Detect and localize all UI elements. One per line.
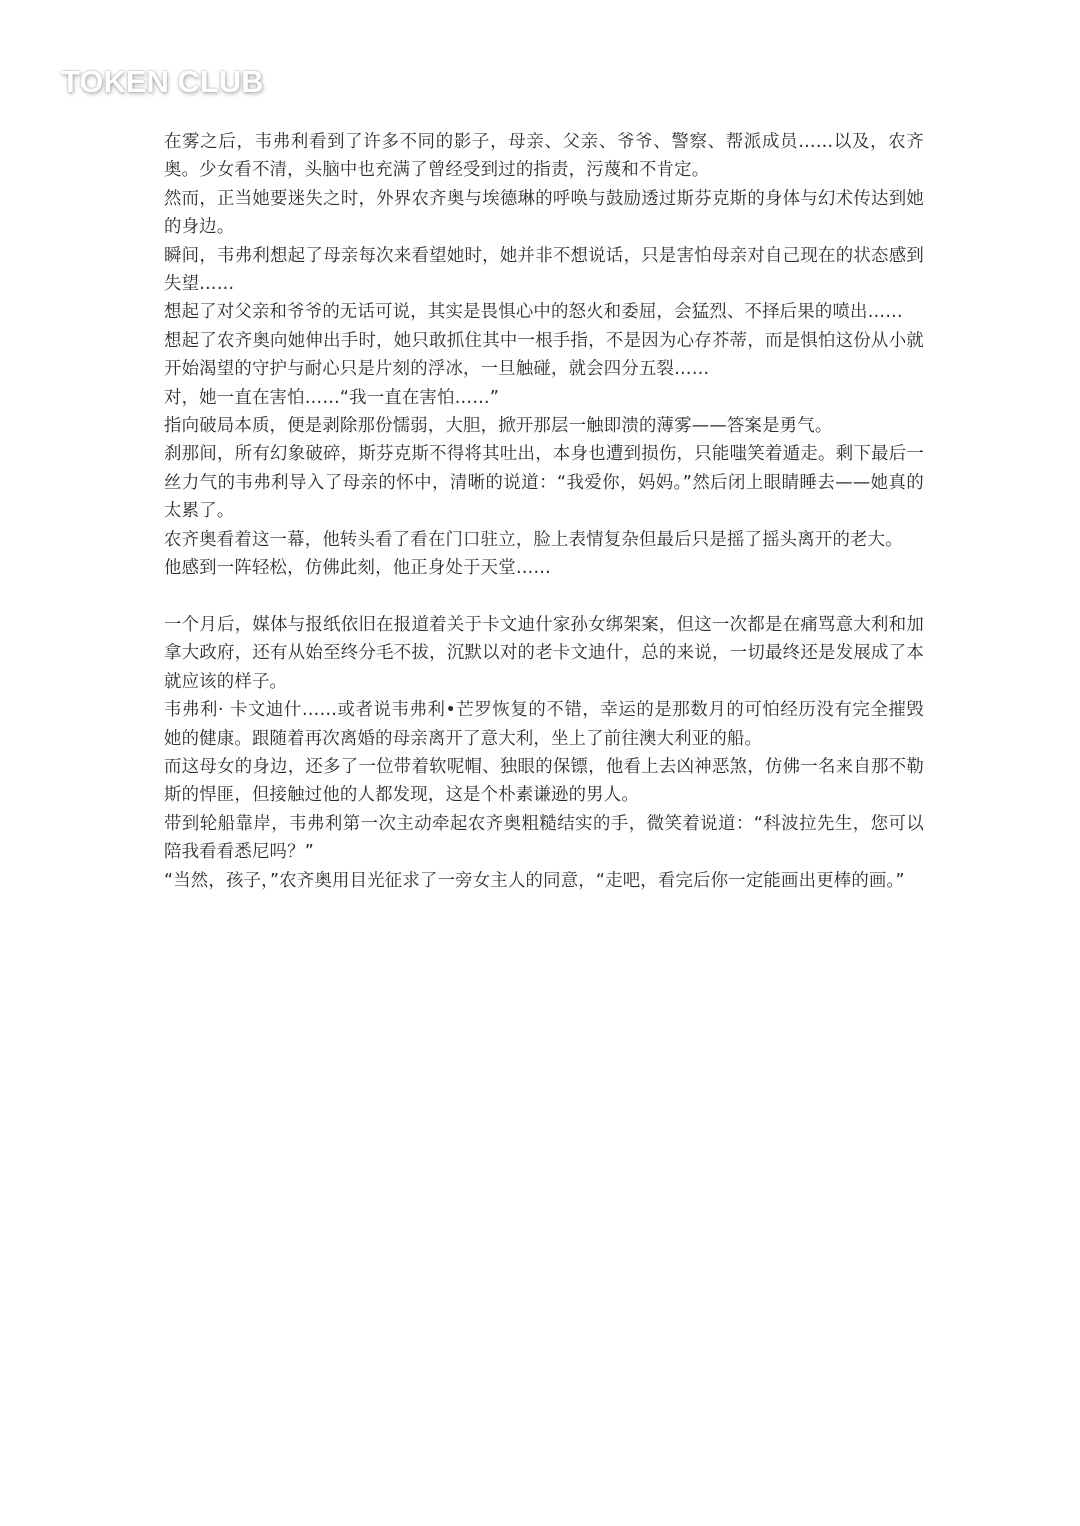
paragraph: 然而，正当她要迷失之时，外界农齐奥与埃德琳的呼唤与鼓励透过斯芬克斯的身体与幻术传… — [164, 185, 924, 242]
paragraph: 想起了对父亲和爷爷的无话可说，其实是畏惧心中的怒火和委屈，会猛烈、不择后果的喷出… — [164, 298, 924, 326]
paragraph: 在雾之后，韦弗利看到了许多不同的影子，母亲、父亲、爷爷、警察、帮派成员……以及，… — [164, 128, 924, 185]
paragraph: 想起了农齐奥向她伸出手时，她只敢抓住其中一根手指，不是因为心存芥蒂，而是惧怕这份… — [164, 327, 924, 384]
paragraph: 他感到一阵轻松，仿佛此刻，他正身处于天堂…… — [164, 554, 924, 582]
paragraph: 一个月后，媒体与报纸依旧在报道着关于卡文迪什家孙女绑架案，但这一次都是在痛骂意大… — [164, 611, 924, 696]
paragraph: 对，她一直在害怕……“我一直在害怕……” — [164, 384, 924, 412]
document-body: 在雾之后，韦弗利看到了许多不同的影子，母亲、父亲、爷爷、警察、帮派成员……以及，… — [164, 128, 924, 895]
paragraph: 韦弗利· 卡文迪什……或者说韦弗利•芒罗恢复的不错，幸运的是那数月的可怕经历没有… — [164, 696, 924, 753]
watermark-logo: TOKEN CLUB — [61, 66, 264, 97]
paragraph: 刹那间，所有幻象破碎，斯芬克斯不得将其吐出，本身也遭到损伤，只能嗤笑着遁走。剩下… — [164, 440, 924, 525]
section-break — [164, 583, 924, 611]
paragraph: 指向破局本质，便是剥除那份懦弱，大胆，掀开那层一触即溃的薄雾——答案是勇气。 — [164, 412, 924, 440]
paragraph: 带到轮船靠岸，韦弗利第一次主动牵起农齐奥粗糙结实的手，微笑着说道：“科波拉先生，… — [164, 810, 924, 867]
paragraph: 而这母女的身边，还多了一位带着软呢帽、独眼的保镖，他看上去凶神恶煞，仿佛一名来自… — [164, 753, 924, 810]
paragraph: “当然，孩子，”农齐奥用目光征求了一旁女主人的同意，“走吧，看完后你一定能画出更… — [164, 867, 924, 895]
paragraph: 农齐奥看着这一幕，他转头看了看在门口驻立，脸上表情复杂但最后只是摇了摇头离开的老… — [164, 526, 924, 554]
paragraph: 瞬间，韦弗利想起了母亲每次来看望她时，她并非不想说话，只是害怕母亲对自己现在的状… — [164, 242, 924, 299]
